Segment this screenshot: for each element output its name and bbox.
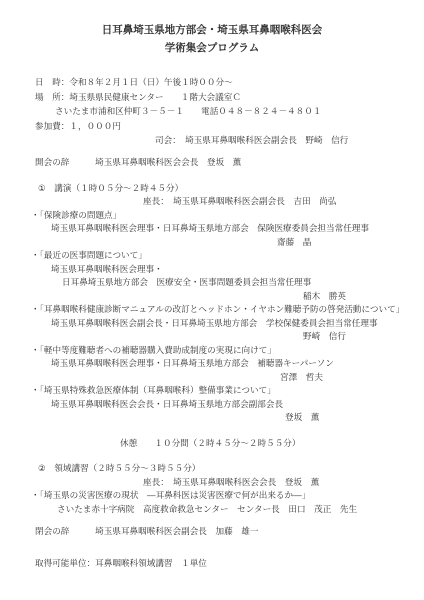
session1-heading: ① 講演（１時０５分～２時４５分） — [38, 182, 424, 196]
talk-4: ・「軽中等度難聴者への補聴器購入費助成制度の実現に向けて」 埼玉県耳鼻咽喉科医会… — [0, 344, 424, 385]
participation-fee: 参加費：１，０００円 — [35, 119, 424, 134]
talk-6: ・「埼玉県の災害医療の現状 ―耳鼻科医は災害医療で何が出来るか―」 さいたま赤十… — [0, 489, 424, 516]
talk-5: ・「埼玉県特殊救急医療体制（耳鼻咽喉科）整備事業について」 埼玉県耳鼻咽喉科医会… — [0, 384, 424, 425]
session2-heading: ② 領域講習（２時５５分～３時５５分） — [38, 462, 424, 476]
talk-1: ・「保険診療の問題点」 埼玉県耳鼻咽喉科医会理事・日耳鼻埼玉県地方部会 保険医療… — [0, 209, 424, 250]
talk-3: ・「耳鼻咽喉科健康診断マニュアルの改訂とヘッドホン・イヤホン難聴予防の啓発活動に… — [0, 303, 424, 344]
moderator-line: 司会： 埼玉県耳鼻咽喉科医会副会長 野崎 信行 — [155, 134, 424, 148]
talk5-affiliation: 埼玉県耳鼻咽喉科医会会長・日耳鼻埼玉県地方部会副部会長 — [51, 398, 424, 412]
talk4-title: ・「軽中等度難聴者への補聴器購入費助成制度の実現に向けて」 — [31, 344, 424, 358]
talk2-affiliation-1: 埼玉県耳鼻咽喉科医会理事・ — [51, 263, 424, 277]
venue-address: さいたま市浦和区仲町３－５－１ 電話０４８－８２４－４８０１ — [55, 104, 424, 119]
talk6-affiliation: さいたま赤十字病院 高度救命救急センター センター長 田口 茂正 先生 — [57, 503, 424, 517]
talk4-speaker: 宮澤 哲夫 — [280, 371, 424, 385]
talk5-title: ・「埼玉県特殊救急医療体制（耳鼻咽喉科）整備事業について」 — [31, 384, 424, 398]
closing-remarks: 閉会の辞 埼玉県耳鼻咽喉科医会副会長 加藤 雄一 — [35, 525, 424, 539]
talk1-affiliation: 埼玉県耳鼻咽喉科医会理事・日耳鼻埼玉県地方部会 保険医療委員会担当常任理事 — [51, 222, 424, 236]
session1: ① 講演（１時０５分～２時４５分） 座長： 埼玉県耳鼻咽喉科医会副会長 吉田 尚… — [0, 182, 424, 425]
talk6-title: ・「埼玉県の災害医療の現状 ―耳鼻科医は災害医療で何が出来るか―」 — [31, 489, 424, 503]
talk3-title: ・「耳鼻咽喉科健康診断マニュアルの改訂とヘッドホン・イヤホン難聴予防の啓発活動に… — [31, 303, 424, 317]
talk1-title: ・「保険診療の問題点」 — [31, 209, 424, 223]
event-info-block: 日 時：令和８年２月１日（日）午後１時００分～ 場 所：埼玉県県民健康センター … — [0, 75, 424, 147]
break-line: 休憩 １０分間（２時４５分～２時５５分） — [120, 437, 424, 451]
talk4-affiliation: 埼玉県耳鼻咽喉科医会理事・日耳鼻埼玉県地方部会 補聴器キーパーソン — [51, 357, 424, 371]
talk3-affiliation: 埼玉県耳鼻咽喉科医会副会長・日耳鼻埼玉県地方部会 学校保健委員会担当常任理事 — [51, 317, 424, 331]
program-document: 日耳鼻埼玉県地方部会・埼玉県耳鼻咽喉科医会 学術集会プログラム 日 時：令和８年… — [0, 0, 424, 600]
opening-remarks: 開会の辞 埼玉県耳鼻咽喉科医会会長 登坂 薫 — [35, 156, 424, 170]
talk3-speaker: 野崎 信行 — [303, 330, 424, 344]
document-title-line1: 日耳鼻埼玉県地方部会・埼玉県耳鼻咽喉科医会 — [0, 0, 424, 37]
event-datetime: 日 時：令和８年２月１日（日）午後１時００分～ — [35, 75, 424, 90]
credit-line: 取得可能単位：耳鼻咽喉科領域講習 １単位 — [35, 557, 424, 571]
talk-2: ・「最近の医事問題について」 埼玉県耳鼻咽喉科医会理事・ 日耳鼻埼玉県地方部会 … — [0, 249, 424, 303]
session2: ② 領域講習（２時５５分～３時５５分） 座長： 埼玉県耳鼻咽喉科医会会長 登坂 … — [0, 462, 424, 516]
document-title-line2: 学術集会プログラム — [0, 42, 424, 55]
talk2-speaker: 稲木 勝英 — [303, 290, 424, 304]
talk5-speaker: 登坂 薫 — [285, 411, 424, 425]
session2-chair: 座長： 埼玉県耳鼻咽喉科医会会長 登坂 薫 — [143, 476, 424, 490]
session1-chair: 座長： 埼玉県耳鼻咽喉科医会副会長 吉田 尚弘 — [143, 195, 424, 209]
talk2-affiliation-2: 日耳鼻埼玉県地方部会 医療安全・医事問題委員会担当常任理事 — [62, 276, 424, 290]
talk2-title: ・「最近の医事問題について」 — [31, 249, 424, 263]
event-venue: 場 所：埼玉県県民健康センター １階大会議室Ｃ — [35, 90, 424, 105]
talk1-speaker: 齋藤 晶 — [277, 236, 424, 250]
